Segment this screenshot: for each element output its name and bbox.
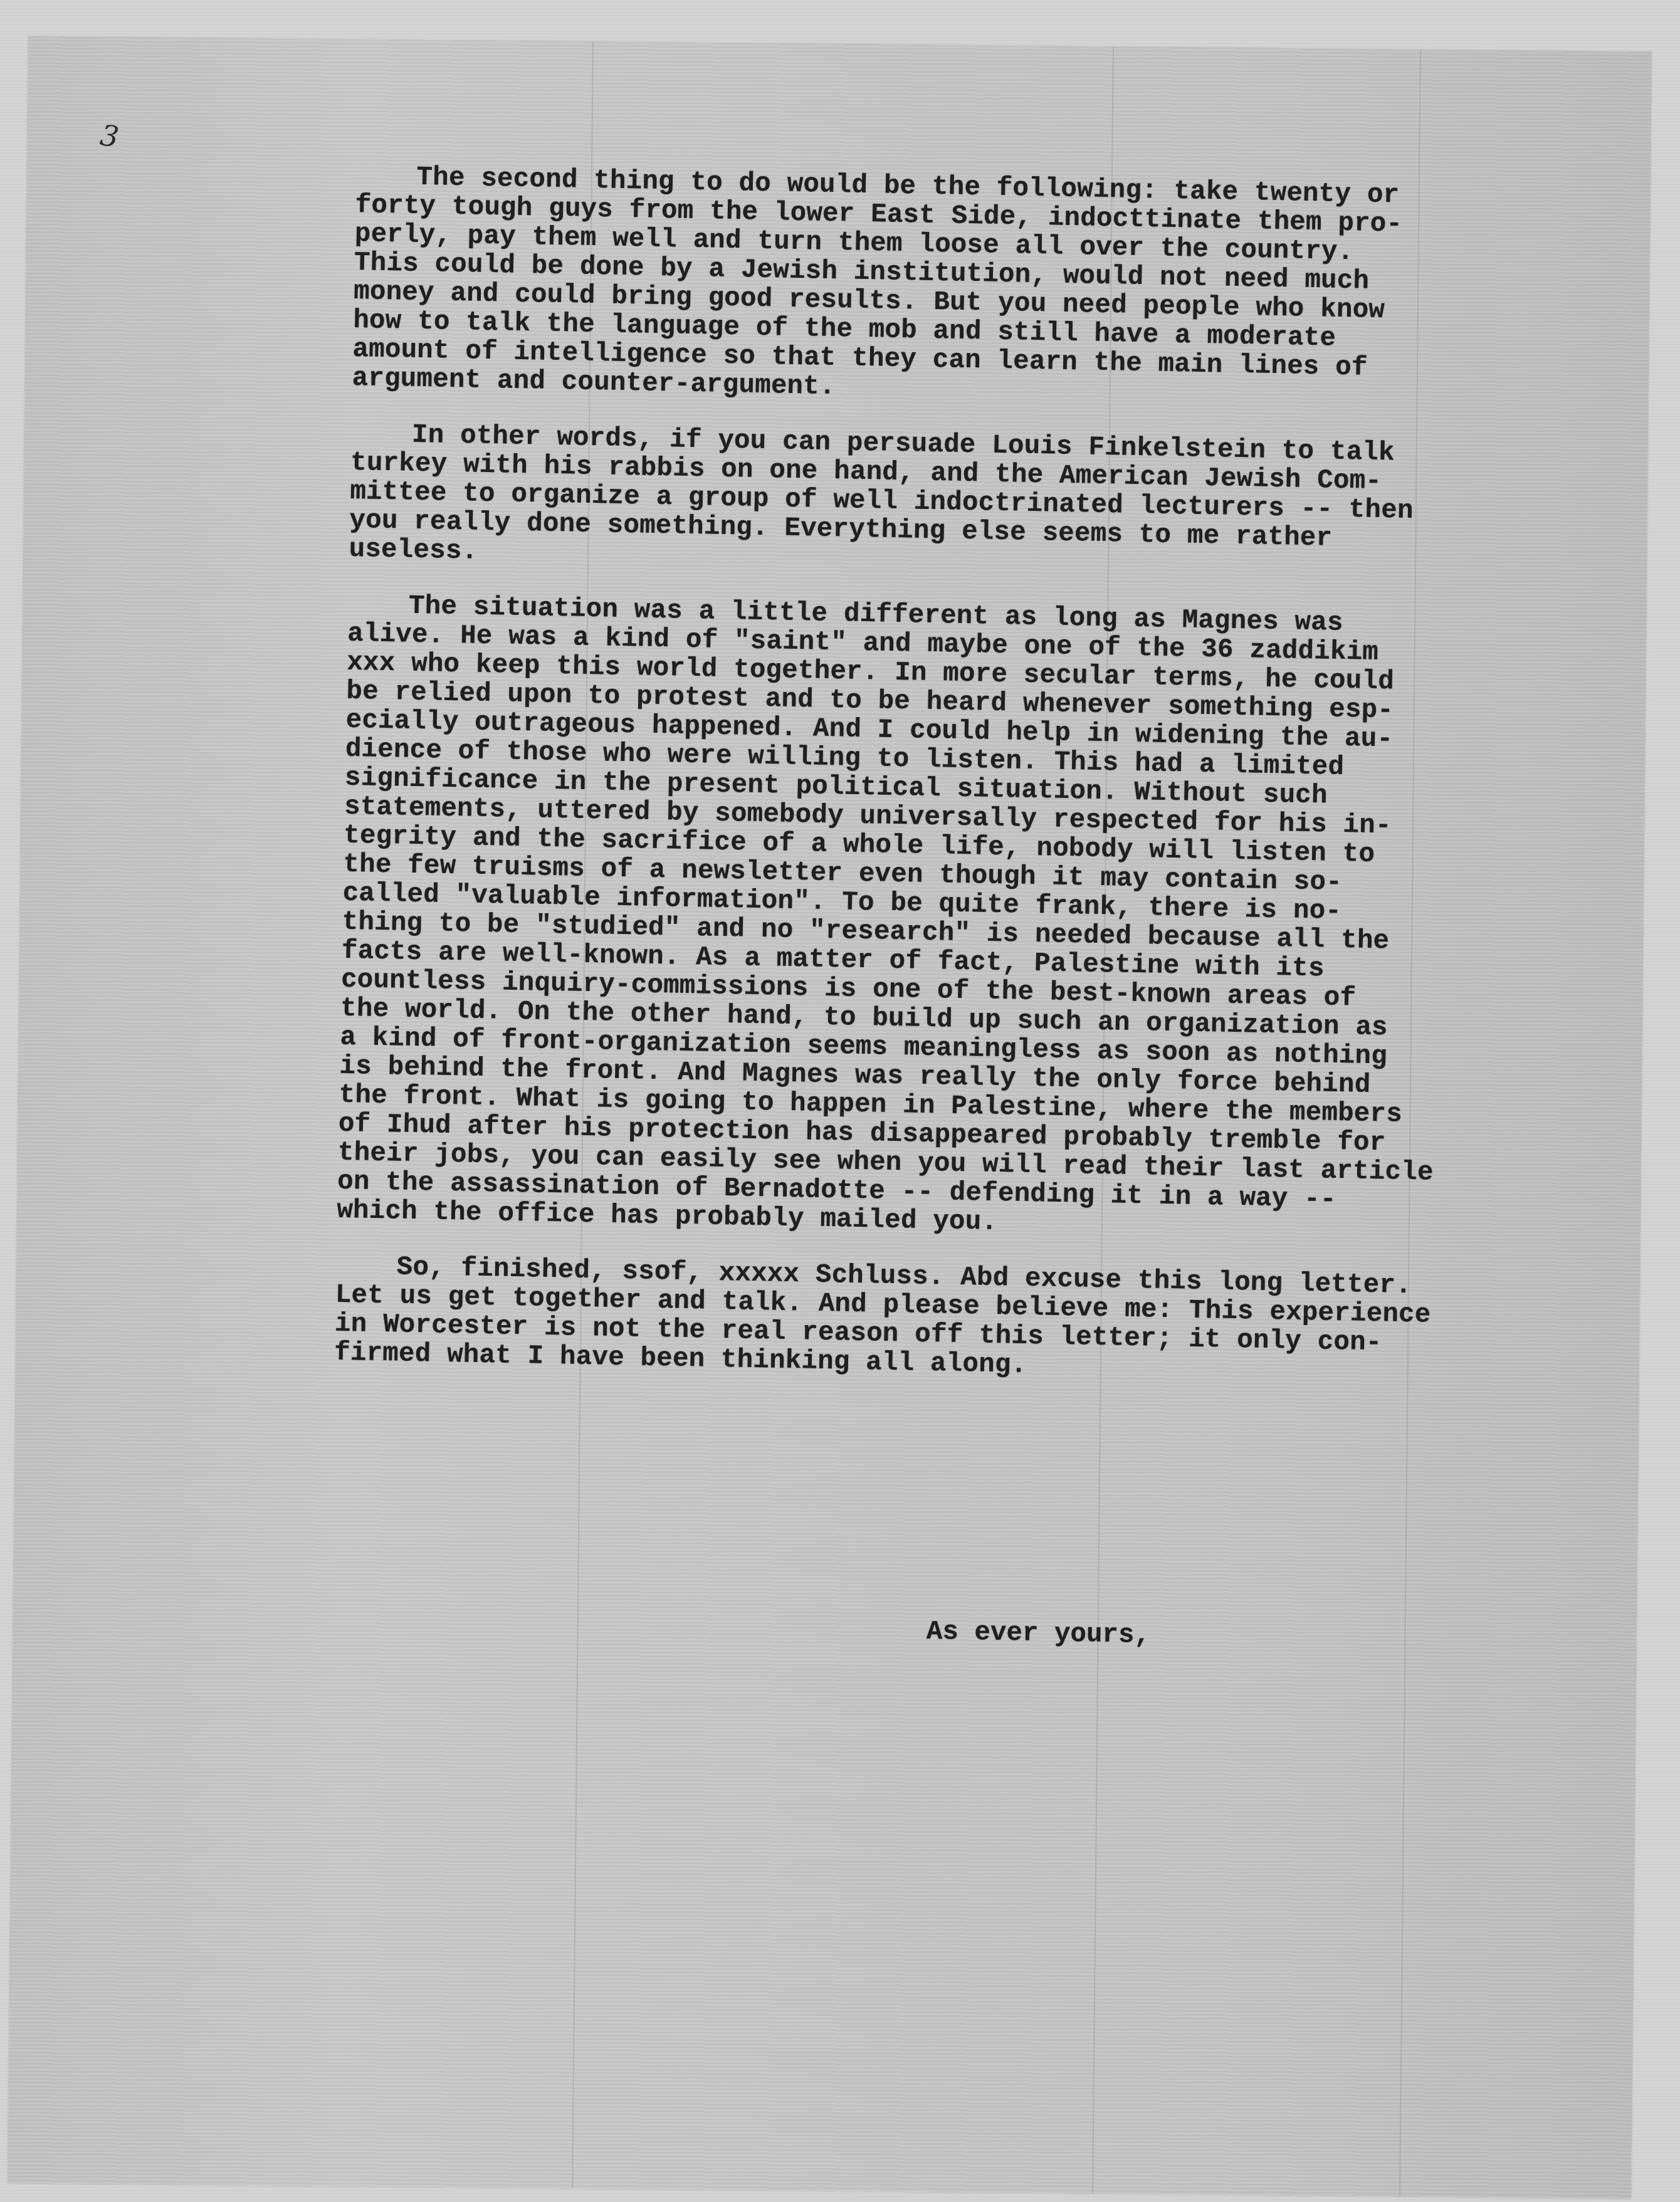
- paragraph-2: In other words, if you can persuade Loui…: [349, 419, 1655, 587]
- paragraph-4: So, finished, ssof, xxxxx Schluss. Abd e…: [334, 1252, 1640, 1391]
- paragraph-3: The situation was a little different as …: [337, 590, 1652, 1249]
- paragraph-1: The second thing to do would be the foll…: [352, 162, 1659, 416]
- letter-closing: As ever yours,: [927, 1617, 1151, 1650]
- letter-body: The second thing to do would be the foll…: [333, 162, 1660, 1418]
